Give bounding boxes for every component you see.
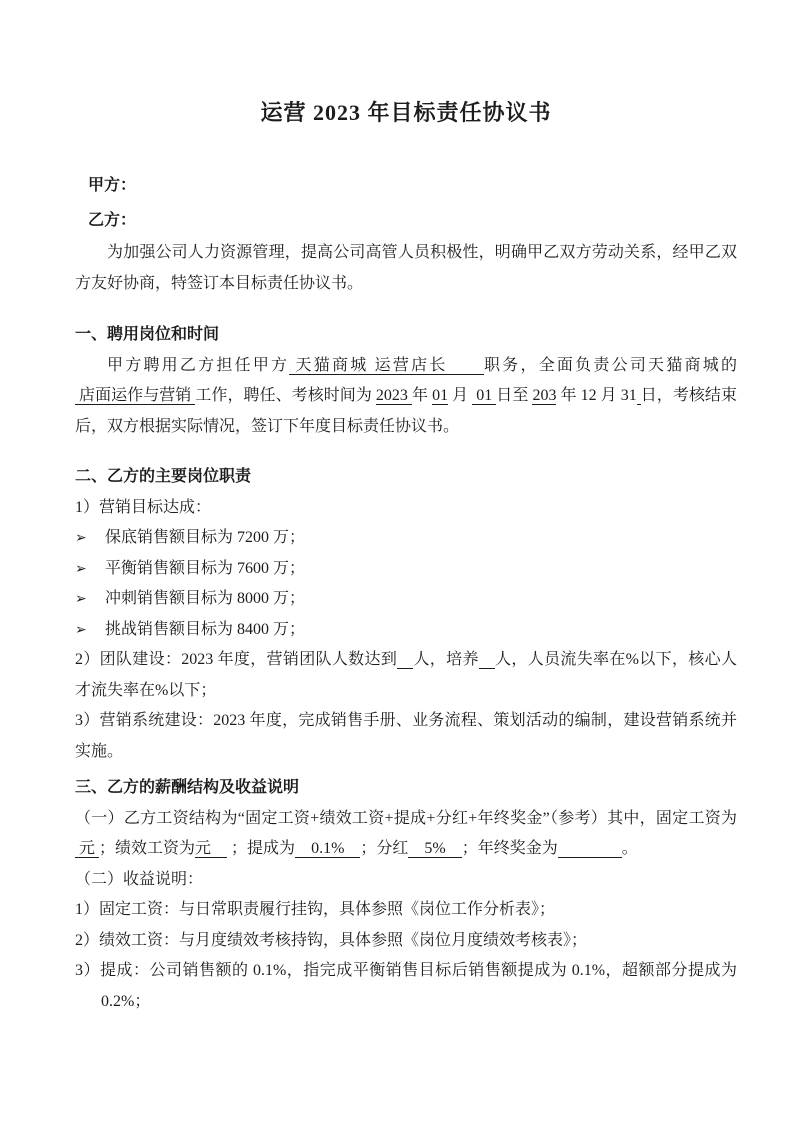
section2-item-team-building: 2）团队建设：2023 年度，营销团队人数达到 人，培养 人，人员流失率在%以下…	[75, 645, 737, 706]
bullet-text: 挑战销售额目标为 8400 万；	[105, 621, 305, 638]
document-page: 运营 2023 年目标责任协议书 甲方： 乙方： 为加强公司人力资源管理，提高公…	[0, 0, 793, 1122]
parties-block: 甲方： 乙方：	[88, 168, 737, 238]
section3-income-note-heading: （二）收益说明：	[75, 865, 737, 896]
underlined-performance-salary-blank: 元	[195, 840, 227, 858]
underlined-end-year-blank: 203	[532, 387, 556, 405]
arrow-bullet-icon: ➢	[75, 584, 105, 615]
bullet-text: 保底销售额目标为 7200 万；	[105, 529, 305, 546]
text-segment: 职务，全面负责公司天猫商城的	[484, 357, 737, 374]
text-segment: （一）乙方工资结构为“固定工资+绩效工资+提成+分红+年终奖金”（参考）其中，固…	[75, 810, 737, 827]
text-segment: ；提成为	[227, 840, 295, 857]
text-segment: 工作，聘任、考核时间为	[195, 387, 376, 404]
section1-heading: 一、聘用岗位和时间	[75, 320, 737, 351]
underlined-year-blank: 2023	[376, 387, 412, 405]
section2-item-sales-goal: 1）营销目标达成：	[75, 493, 737, 524]
section3-heading: 三、乙方的薪酬结构及收益说明	[75, 773, 737, 804]
underlined-fixed-salary-blank: 元	[75, 840, 99, 858]
text-segment: 2）团队建设：2023 年度，营销团队人数达到	[75, 651, 397, 668]
underlined-month-blank: 01	[432, 387, 448, 405]
section3-salary-structure: （一）乙方工资结构为“固定工资+绩效工资+提成+分红+年终奖金”（参考）其中，固…	[75, 804, 737, 865]
party-a-label: 甲方：	[88, 168, 737, 203]
underlined-train-count-blank	[479, 651, 495, 669]
section2-item-marketing-system: 3）营销系统建设：2023 年度，完成销售手册、业务流程、策划活动的编制，建设营…	[75, 706, 737, 767]
text-segment: ；分红	[360, 840, 408, 857]
section2-heading: 二、乙方的主要岗位职责	[75, 462, 737, 493]
section3-item-commission: 3）提成：公司销售额的 0.1%，指完成平衡销售目标后销售额提成为 0.1%，超…	[75, 956, 737, 1017]
document-title: 运营 2023 年目标责任协议书	[75, 96, 737, 130]
bullet-text: 平衡销售额目标为 7600 万；	[105, 560, 305, 577]
text-segment: 月	[448, 387, 472, 404]
text-segment: 年 12 月 31	[556, 387, 636, 404]
section3-item-performance-salary: 2）绩效工资：与月度绩效考核持钩，具体参照《岗位月度绩效考核表》；	[75, 926, 737, 957]
underlined-day-blank: 01	[472, 387, 496, 405]
arrow-bullet-icon: ➢	[75, 554, 105, 585]
text-segment: 甲方聘用乙方担任甲方	[107, 357, 289, 374]
underlined-position-blank: 天猫商城 运营店长	[289, 357, 484, 375]
arrow-bullet-icon: ➢	[75, 615, 105, 646]
intro-paragraph: 为加强公司人力资源管理，提高公司高管人员积极性，明确甲乙双方劳动关系，经甲乙双方…	[75, 238, 737, 299]
bullet-text: 冲刺销售额目标为 8000 万；	[105, 590, 305, 607]
bullet-item-floor-target: ➢保底销售额目标为 7200 万；	[75, 523, 737, 554]
party-b-label: 乙方：	[88, 203, 737, 238]
bullet-item-balance-target: ➢平衡销售额目标为 7600 万；	[75, 554, 737, 585]
bullet-item-challenge-target: ➢挑战销售额目标为 8400 万；	[75, 615, 737, 646]
text-segment: ；年终奖金为	[462, 840, 558, 857]
section3-item-fixed-salary: 1）固定工资：与日常职责履行挂钩，具体参照《岗位工作分析表》；	[75, 895, 737, 926]
text-segment: 日至	[496, 387, 532, 404]
underlined-dividend-value: 5%	[408, 840, 461, 858]
text-segment: 年	[412, 387, 432, 404]
underlined-duty-blank: 店面运作与营销	[75, 387, 195, 405]
section1-paragraph: 甲方聘用乙方担任甲方 天猫商城 运营店长 职务，全面负责公司天猫商城的 店面运作…	[75, 351, 737, 443]
text-segment: 人，培养	[413, 651, 478, 668]
text-segment: 。	[622, 840, 638, 857]
bullet-item-sprint-target: ➢冲刺销售额目标为 8000 万；	[75, 584, 737, 615]
underlined-headcount-blank	[397, 651, 413, 669]
arrow-bullet-icon: ➢	[75, 523, 105, 554]
text-segment: ；绩效工资为	[99, 840, 195, 857]
underlined-bonus-blank	[558, 840, 622, 858]
underlined-commission-value: 0.1%	[295, 840, 360, 858]
